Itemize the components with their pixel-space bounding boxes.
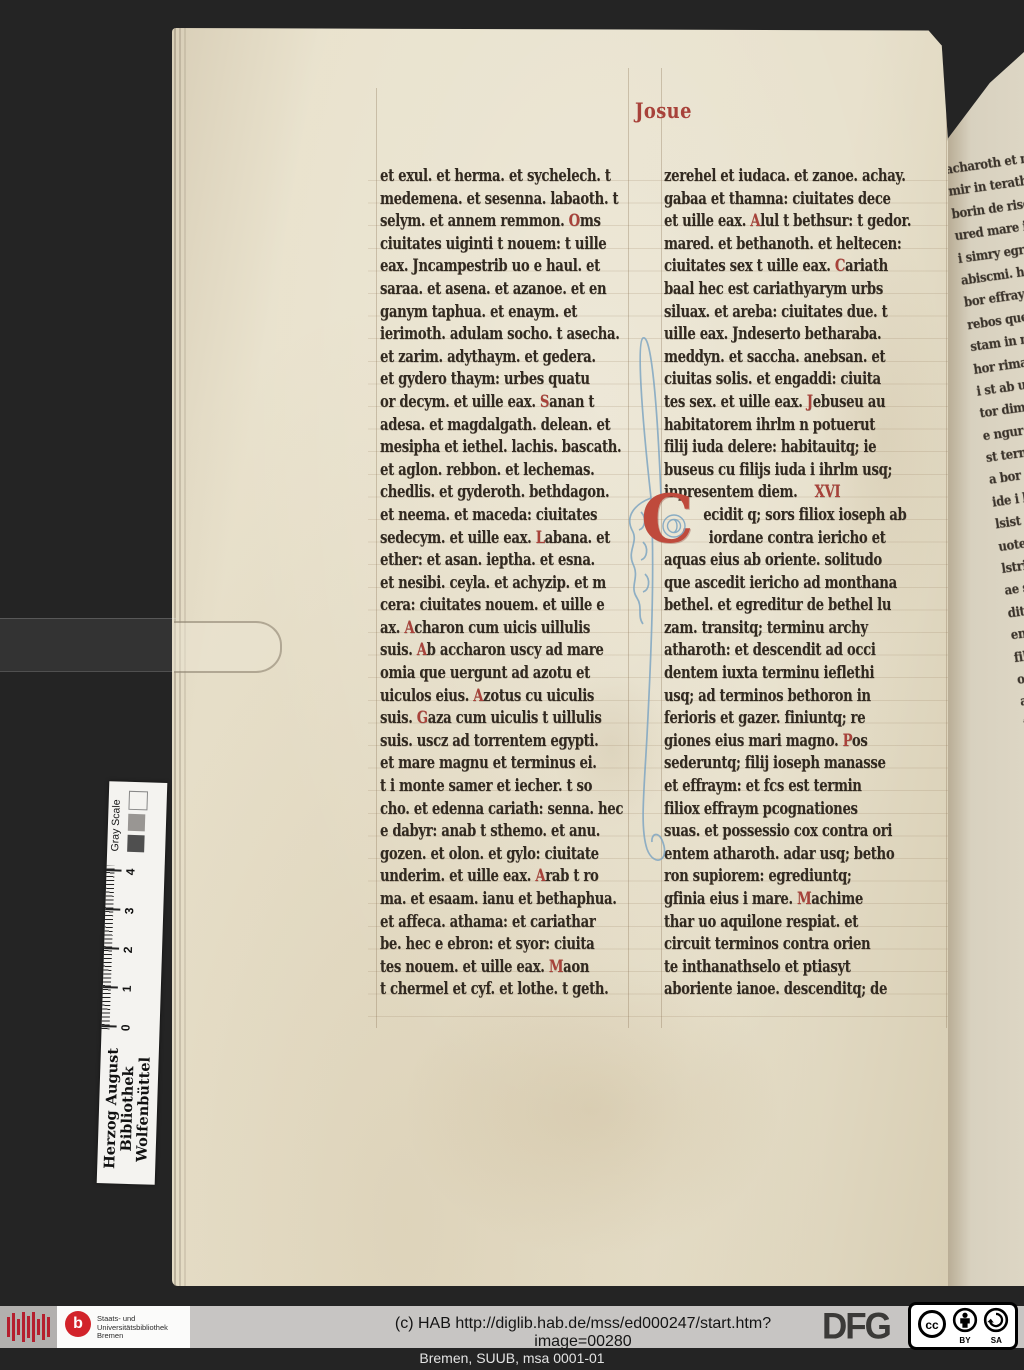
manuscript-line: ierimoth. adulam socho. t asecha.: [380, 323, 580, 346]
manuscript-line: et neema. et maceda: ciuitates: [380, 504, 580, 527]
cc-sa-icon: SA: [983, 1307, 1009, 1345]
page-holder-strip: [0, 618, 176, 672]
text-column-left: et exul. et herma. et sychelech. tmedeme…: [380, 165, 630, 1001]
manuscript-line: adesa. et magdalgath. delean. et: [380, 414, 580, 437]
manuscript-line: zerehel et iudaca. et zanoe. achay.: [664, 165, 891, 188]
manuscript-line: e dabyr: anab t sthemo. et anu.: [380, 820, 580, 843]
manuscript-line: medemena. et sesenna. labaoth. t: [380, 188, 580, 211]
cc-by-icon: BY: [952, 1307, 978, 1345]
manuscript-line: chedlis. et gyderoth. bethdagon.: [380, 481, 580, 504]
bremen-library-logo: b Staats- und Universitätsbibliothek Bre…: [57, 1306, 190, 1348]
manuscript-line: dentem iuxta terminu ieflethi: [664, 662, 891, 685]
manuscript-line: cera: ciuitates nouem. et uille e: [380, 594, 580, 617]
svg-text:cc: cc: [925, 1318, 939, 1332]
manuscript-line: ether: et asan. ieptha. et esna.: [380, 549, 580, 572]
bremen-b-icon: b: [65, 1311, 91, 1337]
facing-page-edge: acharoth et noatmir in teratho. et egbor…: [948, 52, 1024, 1286]
manuscript-line: suis. uscz ad torrentem egypti.: [380, 730, 580, 753]
bremen-library-name: Staats- und Universitätsbibliothek Breme…: [97, 1315, 168, 1341]
cm-tick-label: 0: [118, 1024, 132, 1031]
manuscript-line: gabaa et thamna: ciuitates dece: [664, 188, 891, 211]
manuscript-line: saraa. et asena. et azanoe. et en: [380, 278, 580, 301]
manuscript-line: selym. et annem remmon. Oms: [380, 210, 580, 233]
facing-page-text: acharoth et noatmir in teratho. et egbor…: [948, 118, 1024, 980]
manuscript-line: suas. et possessio cox contra ori: [664, 820, 891, 843]
reference-ruler: Herzog August Bibliothek Wolfenbüttel 01…: [97, 781, 168, 1185]
manuscript-line: ciuitates sex t uille eax. Cariath: [664, 255, 891, 278]
manuscript-line: t chermel et cyf. et lothe. t geth.: [380, 978, 580, 1001]
manuscript-line: siluax. et areba: ciuitates due. t: [664, 301, 891, 324]
gray-scale-label: Gray Scale: [109, 799, 123, 851]
manuscript-line: ferioris et gazer. finiuntq; re: [664, 707, 891, 730]
manuscript-line: suis. Ab accharon uscy ad mare: [380, 639, 580, 662]
manuscript-line: meddyn. et saccha. anebsan. et: [664, 346, 891, 369]
manuscript-line: entem atharoth. adar usq; betho: [664, 843, 891, 866]
cc-icon: cc: [917, 1309, 947, 1343]
suub-bars-logo: [0, 1306, 57, 1348]
manuscript-line: tes sex. et uille eax. Jebuseu au: [664, 391, 891, 414]
cm-ruler: 01234: [101, 853, 165, 1035]
manuscript-line: gozen. et olon. et gylo: ciuitate: [380, 843, 580, 866]
manuscript-line: thar uo aquilone respiat. et: [664, 911, 891, 934]
manuscript-line: buseus cu filijs iuda i ihrlm usq;: [664, 459, 891, 482]
pen-flourish-decoration: [617, 328, 687, 878]
running-title: Josue: [635, 98, 692, 123]
manuscript-line: ron supiorem: egrediuntq;: [664, 865, 891, 888]
manuscript-line: t i monte samer et iecher. t so: [380, 775, 580, 798]
manuscript-line: aboriente ianoe. descenditq; de: [664, 978, 891, 1001]
manuscript-line: et exul. et herma. et sychelech. t: [380, 165, 580, 188]
manuscript-line: suis. Gaza cum uiculis t uillulis: [380, 707, 580, 730]
manuscript-line: atharoth: et descendit ad occi: [664, 639, 891, 662]
manuscript-line: ganym taphua. et enaym. et: [380, 301, 580, 324]
gray-patch-light: [128, 791, 148, 811]
manuscript-line: ma. et esaam. ianu et bethaphua.: [380, 888, 580, 911]
manuscript-line: sederuntq; filij ioseph manasse: [664, 752, 891, 775]
library-name: Herzog August Bibliothek Wolfenbüttel: [97, 1033, 160, 1185]
manuscript-line: baal hec est cariathyarym urbs: [664, 278, 891, 301]
dfg-logo: DFG: [822, 1306, 890, 1348]
manuscript-line: underim. et uille eax. Arab t ro: [380, 865, 580, 888]
cm-tick-label: 1: [120, 985, 134, 992]
page-holder-tip: [174, 621, 282, 673]
manuscript-line: habitatorem ihrlm n potuerut: [664, 414, 891, 437]
manuscript-line: te inthanathselo et ptiasyt: [664, 956, 891, 979]
manuscript-line: eax. Jncampestrib uo e haul. et: [380, 255, 580, 278]
manuscript-line: or decym. et uille eax. Sanan t: [380, 391, 580, 414]
manuscript-line: et mare magnu et terminus ei.: [380, 752, 580, 775]
manuscript-line: et gydero thaym: urbes quatu: [380, 368, 580, 391]
manuscript-line: et effraym: et fcs est termin: [664, 775, 891, 798]
manuscript-line: et zarim. adythaym. et gedera.: [380, 346, 580, 369]
manuscript-line: omia que uergunt ad azotu et: [380, 662, 580, 685]
illuminated-initial: C: [641, 494, 701, 560]
manuscript-line: gfinia eius i mare. Machime: [664, 888, 891, 911]
gray-patch-mid: [128, 814, 146, 832]
manuscript-line: be. hec e ebron: et syor: ciuita: [380, 933, 580, 956]
manuscript-line: que ascedit iericho ad monthana: [664, 572, 891, 595]
manuscript-line: cho. et edenna cariath: senna. hec: [380, 798, 580, 821]
manuscript-line: filiox effraym pcognationes: [664, 798, 891, 821]
manuscript-line: et affeca. athama: et cariathar: [380, 911, 580, 934]
text-column-right: zerehel et iudaca. et zanoe. achay.gabaa…: [664, 165, 948, 1001]
manuscript-line: uille eax. Jndeserto betharaba.: [664, 323, 891, 346]
initial-filigree-icon: [657, 506, 691, 546]
manuscript-line: sedecym. et uille eax. Labana. et: [380, 527, 580, 550]
manuscript-line: et nesibi. ceyla. et achyzip. et m: [380, 572, 580, 595]
footer-bar: b Staats- und Universitätsbibliothek Bre…: [0, 1306, 1024, 1348]
manuscript-line: mesipha et iethel. lachis. bascath.: [380, 436, 580, 459]
cm-tick-label: 4: [123, 868, 137, 875]
cm-tick-label: 2: [121, 946, 135, 953]
creative-commons-license: cc BY SA: [908, 1302, 1018, 1350]
ruling-vertical: [376, 88, 377, 1028]
manuscript-line: tes nouem. et uille eax. Maon: [380, 956, 580, 979]
manuscript-line: giones eius mari magno. Pos: [664, 730, 891, 753]
copyright-url: (c) HAB http://diglib.hab.de/mss/ed00024…: [373, 1315, 793, 1351]
manuscript-line: et aglon. rebbon. et lechemas.: [380, 459, 580, 482]
scan-stage: Josue et exul. et herma. et sychelech. t…: [0, 0, 1024, 1370]
manuscript-line: filij iuda delere: habitauitq; ie: [664, 436, 891, 459]
manuscript-line: mared. et bethanoth. et heltecen:: [664, 233, 891, 256]
manuscript-line: circuit terminos contra orien: [664, 933, 891, 956]
gray-patch-dark: [127, 835, 145, 853]
manuscript-page: Josue et exul. et herma. et sychelech. t…: [172, 28, 948, 1286]
cm-tick-label: 3: [122, 907, 136, 914]
shelfmark-caption: Bremen, SUUB, msa 0001-01: [0, 1350, 1024, 1366]
manuscript-line: usq; ad terminos bethoron in: [664, 685, 891, 708]
manuscript-line: ciuitates uiginti t nouem: t uille: [380, 233, 580, 256]
manuscript-line: ax. Acharon cum uicis uillulis: [380, 617, 580, 640]
manuscript-line: uiculos eius. Azotus cu uiculis: [380, 685, 580, 708]
manuscript-line: zam. transitq; terminu archy: [664, 617, 891, 640]
manuscript-line: et uille eax. Alul t bethsur: t gedor.: [664, 210, 891, 233]
manuscript-line: ciuitas solis. et engaddi: ciuita: [664, 368, 891, 391]
manuscript-line: bethel. et egreditur de bethel lu: [664, 594, 891, 617]
gray-scale: Gray Scale: [107, 781, 167, 855]
